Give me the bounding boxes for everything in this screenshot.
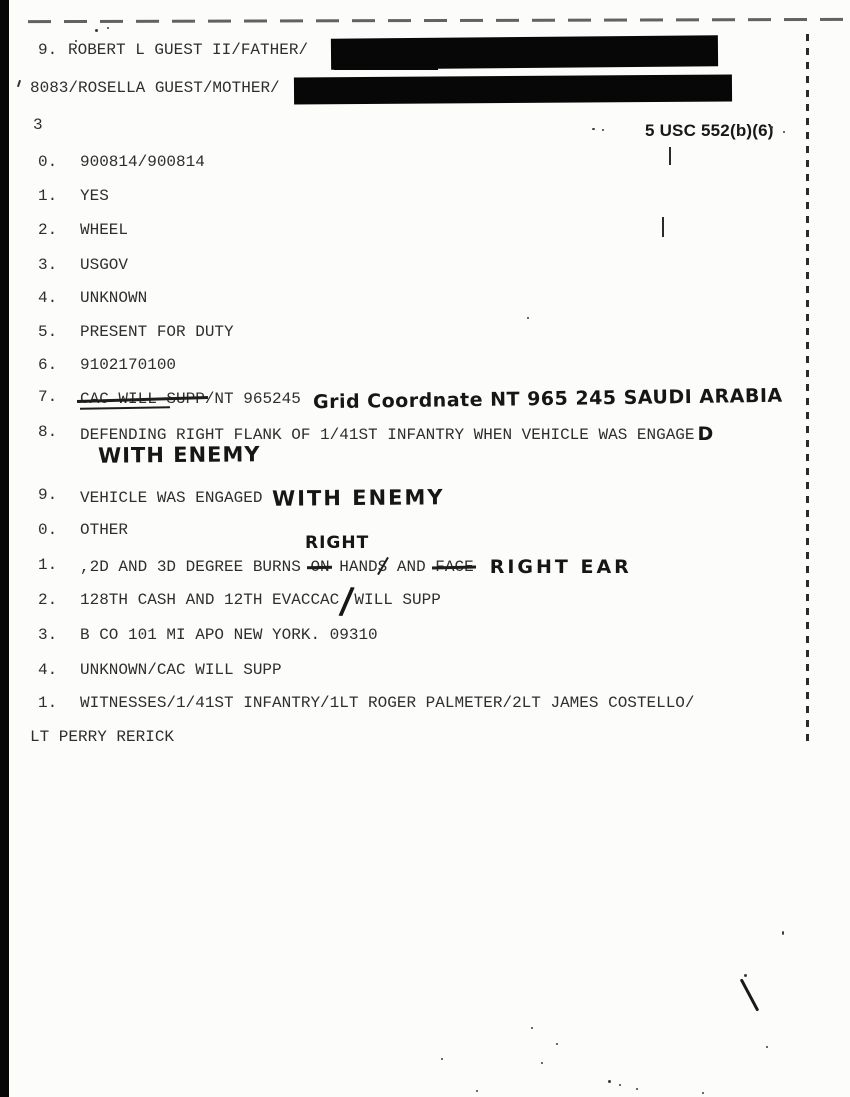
line-number: 0.	[38, 521, 57, 539]
handwritten-stray-stroke	[740, 978, 760, 1011]
typed-text: 128TH CASH AND 12TH EVACCAC/WILL SUPP	[80, 591, 441, 609]
typed-text: B CO 101 MI APO NEW YORK. 09310	[80, 626, 378, 644]
scan-speck	[441, 1058, 443, 1060]
top-dashed-rule	[28, 18, 850, 23]
scan-speck	[541, 1062, 543, 1064]
line-burns: 1. ,2D AND 3D DEGREE BURNS ON HANDS AND …	[0, 556, 850, 578]
line-usgov: 3. USGOV	[0, 256, 850, 278]
line-other: 0. OTHER	[0, 521, 850, 543]
typed-text: OTHER	[80, 521, 128, 539]
line-number: 1.	[38, 694, 57, 712]
typed-text: DEFENDING RIGHT FLANK OF 1/41ST INFANTRY…	[80, 423, 713, 445]
line-witnesses: 1. WITNESSES/1/41ST INFANTRY/1LT ROGER P…	[0, 694, 850, 716]
typed-text: 128TH CASH AND 12TH EVACCAC	[80, 591, 339, 609]
line-number: 4.	[38, 289, 57, 307]
typed-text: UNKNOWN/CAC WILL SUPP	[80, 661, 282, 679]
typed-text: 8083/ROSELLA GUEST/MOTHER/	[30, 79, 280, 97]
typed-text: VEHICLE WAS ENGAGEDWITH ENEMY	[80, 486, 445, 510]
scan-speck	[782, 931, 784, 935]
typed-text: VEHICLE WAS ENGAGED	[80, 489, 262, 507]
line-number: 4.	[38, 661, 57, 679]
scan-speck	[602, 129, 604, 131]
line-number: 8.	[38, 423, 57, 441]
scan-speck	[107, 27, 109, 29]
line-cac: 4. UNKNOWN/CAC WILL SUPP	[0, 661, 850, 683]
scan-speck	[556, 1043, 558, 1045]
line-address: 3. B CO 101 MI APO NEW YORK. 09310	[0, 626, 850, 648]
scan-speck	[770, 126, 773, 129]
typed-text: YES	[80, 187, 109, 205]
scan-speck	[95, 29, 98, 32]
line-number: 3.	[38, 256, 57, 274]
typed-text: HAND	[330, 558, 378, 576]
typed-text: ,2D AND 3D DEGREE BURNS	[80, 558, 310, 576]
scan-speck	[527, 317, 529, 319]
scan-tick-mark	[662, 217, 664, 237]
line-duty: 5. PRESENT FOR DUTY	[0, 323, 850, 345]
typed-text: LT PERRY RERICK	[30, 728, 174, 746]
typed-text: DEFENDING RIGHT FLANK OF 1/41ST INFANTRY…	[80, 426, 695, 444]
typed-text: UNKNOWN	[80, 289, 147, 307]
strikethrough-text: ON	[310, 558, 329, 576]
line-rerick: LT PERRY RERICK	[0, 728, 850, 750]
typed-text: WILL SUPP	[354, 591, 440, 609]
scan-speck	[619, 1084, 621, 1086]
line-yes: 1. YES	[0, 187, 850, 209]
typed-text: CAC WILL SUPP/NT 965245Grid Coordnate NT…	[80, 388, 783, 410]
strikethrough-text: FACE	[435, 558, 473, 576]
handwritten-slash: /	[340, 601, 353, 602]
scanned-document-page: 5 USC 552(b)(6) 9. ROBERT L GUEST II/FAT…	[0, 0, 850, 1097]
line-number: 2.	[38, 591, 57, 609]
handwritten-annotation: RIGHT	[305, 533, 369, 553]
scan-speck	[766, 1046, 768, 1048]
typed-text: AND	[387, 558, 435, 576]
strikethrough-text: CAC WILL SUPP	[80, 390, 205, 408]
scan-speck	[476, 1090, 478, 1092]
line-number: 3.	[38, 626, 57, 644]
slashed-letter: S	[378, 558, 388, 576]
line-three: 3	[0, 116, 850, 138]
scan-tick-mark	[669, 147, 671, 165]
typed-text: WHEEL	[80, 221, 128, 239]
scan-speck	[592, 128, 595, 130]
typed-text: ,2D AND 3D DEGREE BURNS ON HANDS AND FAC…	[80, 556, 632, 578]
line-evac: 2. 128TH CASH AND 12TH EVACCAC/WILL SUPP	[0, 591, 850, 613]
line-number: 7.	[38, 388, 57, 406]
handwritten-annotation: D	[698, 423, 714, 445]
line-engaged: 9. VEHICLE WAS ENGAGEDWITH ENEMY	[0, 486, 850, 508]
line-number: 9.	[38, 41, 57, 59]
handwritten-annotation: WITH ENEMY	[272, 485, 445, 511]
line-wheel: 2. WHEEL	[0, 221, 850, 243]
typed-text: 3	[33, 116, 43, 134]
scan-speck	[702, 1092, 704, 1094]
typed-text: /NT 965245	[205, 390, 301, 408]
typed-text: USGOV	[80, 256, 128, 274]
line-serial: 6. 9102170100	[0, 356, 850, 378]
scan-speck	[75, 40, 77, 42]
typed-text: WITNESSES/1/41ST INFANTRY/1LT ROGER PALM…	[80, 694, 695, 712]
handwritten-annotation: RIGHT EAR	[490, 556, 632, 578]
line-grid-coordinate: 7. CAC WILL SUPP/NT 965245Grid Coordnate…	[0, 388, 850, 410]
line-number: 6.	[38, 356, 57, 374]
line-number: 9.	[38, 486, 57, 504]
line-father: 9. ROBERT L GUEST II/FATHER/	[0, 41, 850, 63]
handwritten-annotation: WITH ENEMY	[98, 442, 261, 467]
typed-text: PRESENT FOR DUTY	[80, 323, 234, 341]
line-mother: 8083/ROSELLA GUEST/MOTHER/	[0, 79, 850, 101]
line-number: 1.	[38, 556, 57, 574]
line-dates: 0. 900814/900814	[0, 153, 850, 175]
typed-text: 900814/900814	[80, 153, 205, 171]
line-defending: 8. DEFENDING RIGHT FLANK OF 1/41ST INFAN…	[0, 423, 850, 445]
scan-speck	[744, 974, 747, 977]
line-number: 1.	[38, 187, 57, 205]
line-number: 2.	[38, 221, 57, 239]
line-number: 0.	[38, 153, 57, 171]
line-unknown: 4. UNKNOWN	[0, 289, 850, 311]
handwritten-annotation: Grid Coordnate NT 965 245 SAUDI ARABIA	[313, 385, 783, 414]
scan-speck	[783, 131, 785, 133]
redaction-bar-artifact	[334, 67, 438, 70]
scan-speck	[636, 1088, 638, 1090]
scan-speck	[531, 1027, 533, 1029]
typed-text: 9102170100	[80, 356, 176, 374]
typed-text: ROBERT L GUEST II/FATHER/	[68, 41, 308, 59]
scan-speck	[608, 1080, 611, 1083]
line-number: 5.	[38, 323, 57, 341]
